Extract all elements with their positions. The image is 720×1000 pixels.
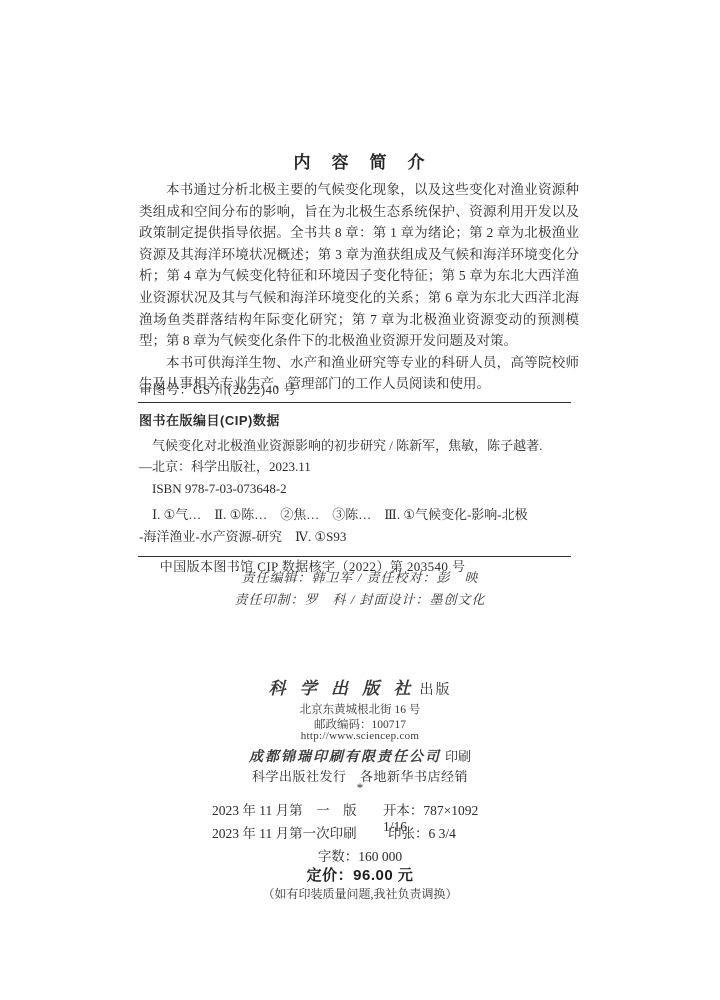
summary-paragraph-1: 本书通过分析北极主要的气候变化现象，以及这些变化对渔业资源种类组成和空间分布的影…	[139, 179, 579, 352]
cip-data-block: 图书在版编目(CIP)数据 气候变化对北极渔业资源影响的初步研究 / 陈新军，焦…	[139, 410, 577, 578]
word-count: 字数：160 000	[0, 845, 720, 865]
printing-statement: 2023 年 11 月第一次印刷	[212, 822, 388, 842]
copyright-page: 内 容 简 介 本书通过分析北极主要的气候变化现象，以及这些变化对渔业资源种类组…	[0, 0, 720, 1000]
cip-classification-line-1: Ⅰ. ①气… Ⅱ. ①陈… ②焦… ③陈… Ⅲ. ①气候变化-影响-北极	[139, 504, 577, 526]
publisher-line: 科 学 出 版 社 出版	[0, 674, 720, 699]
publisher-logotype: 科 学 出 版 社	[269, 679, 416, 698]
quality-note: （如有印装质量问题,我社负责调换）	[0, 885, 720, 902]
printer-suffix: 印刷	[445, 749, 471, 764]
printer-line: 成都锦瑞印刷有限责任公司 印刷	[0, 746, 720, 766]
map-approval-number: 审图号：GS 川(2022)40 号	[139, 379, 297, 398]
cip-isbn: ISBN 978-7-03-073648-2	[139, 478, 577, 500]
content-summary-title: 内 容 简 介	[0, 148, 720, 173]
cip-classification-line-2: -海洋渔业-水产资源-研究 Ⅳ. ①S93	[139, 526, 577, 548]
cip-heading: 图书在版编目(CIP)数据	[139, 410, 577, 432]
content-summary-body: 本书通过分析北极主要的气候变化现象，以及这些变化对渔业资源种类组成和空间分布的影…	[139, 179, 579, 395]
publisher-address: 北京东黄城根北街 16 号	[0, 701, 720, 717]
section-divider-asterisk: *	[0, 780, 720, 796]
publisher-website: http://www.sciencep.com	[0, 730, 720, 742]
printer-logotype: 成都锦瑞印刷有限责任公司	[249, 750, 441, 765]
publisher-suffix: 出版	[420, 683, 452, 698]
staff-credits: 责任编辑：韩卫军 / 责任校对：彭 映 责任印制：罗 科 / 封面设计：墨创文化	[0, 567, 720, 611]
price: 定价：96.00 元	[0, 864, 720, 885]
cip-title-statement: 气候变化对北极渔业资源影响的初步研究 / 陈新军，焦敏，陈子越著.	[139, 435, 577, 457]
printing-sheets-row: 2023 年 11 月第一次印刷 印张：6 3/4	[212, 822, 512, 842]
sheets-statement: 印张：6 3/4	[388, 822, 456, 842]
credits-printing-design-line: 责任印制：罗 科 / 封面设计：墨创文化	[0, 589, 720, 611]
divider-rule-bottom	[138, 556, 571, 557]
cip-imprint: —北京：科学出版社，2023.11	[139, 456, 577, 478]
divider-rule-top	[138, 402, 571, 403]
credits-editors-line: 责任编辑：韩卫军 / 责任校对：彭 映	[0, 567, 720, 589]
